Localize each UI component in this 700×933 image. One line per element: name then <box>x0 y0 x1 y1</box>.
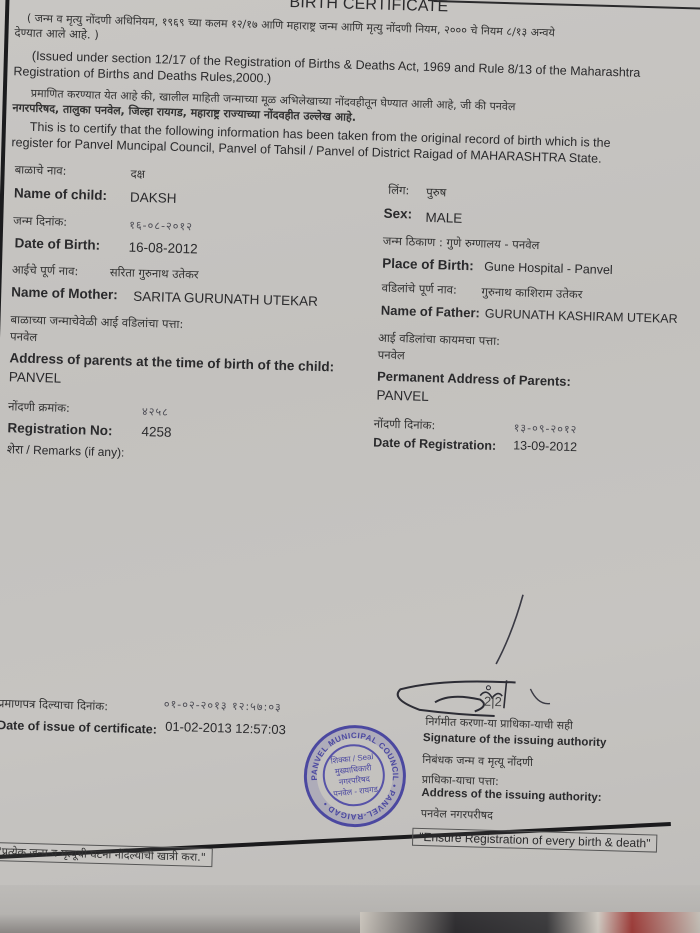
child-name-value-mr: दक्ष <box>130 167 145 182</box>
dob-value-mr: १६-०८-२०१२ <box>129 218 193 235</box>
child-name-value: DAKSH <box>130 190 177 206</box>
signature-label-mr: निर्गमीत करणा-या प्राधिका-याची सही <box>425 714 573 733</box>
authority-address-label: Address of the issuing authority: <box>421 787 601 804</box>
sex-value-mr: पुरुष <box>426 185 446 201</box>
signature-label: Signature of the issuing authority <box>423 732 607 749</box>
background-objects <box>360 912 700 933</box>
child-name-label-mr: बाळाचे नाव: <box>14 162 66 178</box>
mother-label: Name of Mother: <box>11 284 118 302</box>
official-seal-stamp: PANVEL MUNICIPAL COUNCIL • PANVEL-RAIGAD… <box>299 720 412 833</box>
document-title: BIRTH CERTIFICATE <box>289 0 448 16</box>
remarks-label: शेरा / Remarks (if any): <box>7 440 125 460</box>
address-at-birth-value: PANVEL <box>9 369 62 385</box>
authority-address-value-mr: पनवेल नगरपरीषद <box>421 806 493 823</box>
mother-label-mr: आईचे पूर्ण नाव: <box>12 262 79 279</box>
registration-date-value-mr: १३-०९-२०१२ <box>513 420 577 437</box>
signature-scribble <box>379 581 563 726</box>
place-of-birth-label-mr: जन्म ठिकाण : गुणे रुग्णालय - पनवेल <box>383 234 540 253</box>
sex-label-mr: लिंग: <box>388 183 410 199</box>
sex-label: Sex: <box>383 206 412 222</box>
dob-label-mr: जन्म दिनांक: <box>13 213 67 229</box>
mother-value: SARITA GURUNATH UTEKAR <box>133 289 318 309</box>
permanent-address-value: PANVEL <box>376 388 429 404</box>
father-value-mr: गुरुनाथ काशिराम उतेकर <box>481 284 582 302</box>
issue-date-value: 01-02-2013 12:57:03 <box>165 719 286 737</box>
registration-date-value: 13-09-2012 <box>513 438 577 454</box>
issue-date-label-mr: प्रमाणपत्र दिल्याचा दिनांक: <box>0 696 108 714</box>
father-label: Name of Father: <box>381 303 480 321</box>
motto-english: "Ensure Registration of every birth & de… <box>412 828 658 853</box>
registration-date-label: Date of Registration: <box>373 435 496 452</box>
permanent-address-label-mr: आई वडिलांचा कायमचा पत्ता: <box>378 331 500 349</box>
father-value: GURUNATH KASHIRAM UTEKAR <box>485 307 678 326</box>
issue-date-value-mr: ०१-०२-२०१३ १२:५७:०३ <box>164 697 282 715</box>
marathi-intro-line1: ( जन्म व मृत्यु नोंदणी अधिनियम, १९६९ च्य… <box>27 11 555 41</box>
registration-date-label-mr: नोंदणी दिनांक: <box>374 416 436 433</box>
issue-date-label: Date of issue of certificate: <box>0 718 157 736</box>
mother-value-mr: सरिता गुरुनाथ उतेकर <box>110 265 199 282</box>
dob-label: Date of Birth: <box>14 235 100 252</box>
place-of-birth-label: Place of Birth: <box>382 256 474 274</box>
registration-no-label: Registration No: <box>7 420 112 438</box>
permanent-address-value-mr: पनवेल <box>377 348 405 364</box>
father-label-mr: वडिलांचे पूर्ण नाव: <box>381 281 457 298</box>
address-at-birth-value-mr: पनवेल <box>10 329 38 345</box>
birth-certificate-sheet: BIRTH CERTIFICATE ( जन्म व मृत्यु नोंदणी… <box>0 0 694 904</box>
sex-value: MALE <box>425 210 462 226</box>
registration-no-value-mr: ४२५८ <box>142 404 169 420</box>
registration-no-label-mr: नोंदणी क्रमांक: <box>8 399 70 416</box>
dob-value: 16-08-2012 <box>128 240 197 257</box>
registrar-label-mr: निबंधक जन्म व मृत्यू नोंदणी <box>422 752 533 770</box>
place-of-birth-value: Gune Hospital - Panvel <box>484 260 613 278</box>
signature-date-mark: 2|2 <box>484 694 502 709</box>
permanent-address-label: Permanent Address of Parents: <box>377 369 571 389</box>
border-top <box>434 0 700 10</box>
registration-no-value: 4258 <box>141 424 171 440</box>
marathi-intro-line2: देण्यात आले आहे. ) <box>14 25 99 42</box>
child-name-label: Name of child: <box>14 185 107 203</box>
